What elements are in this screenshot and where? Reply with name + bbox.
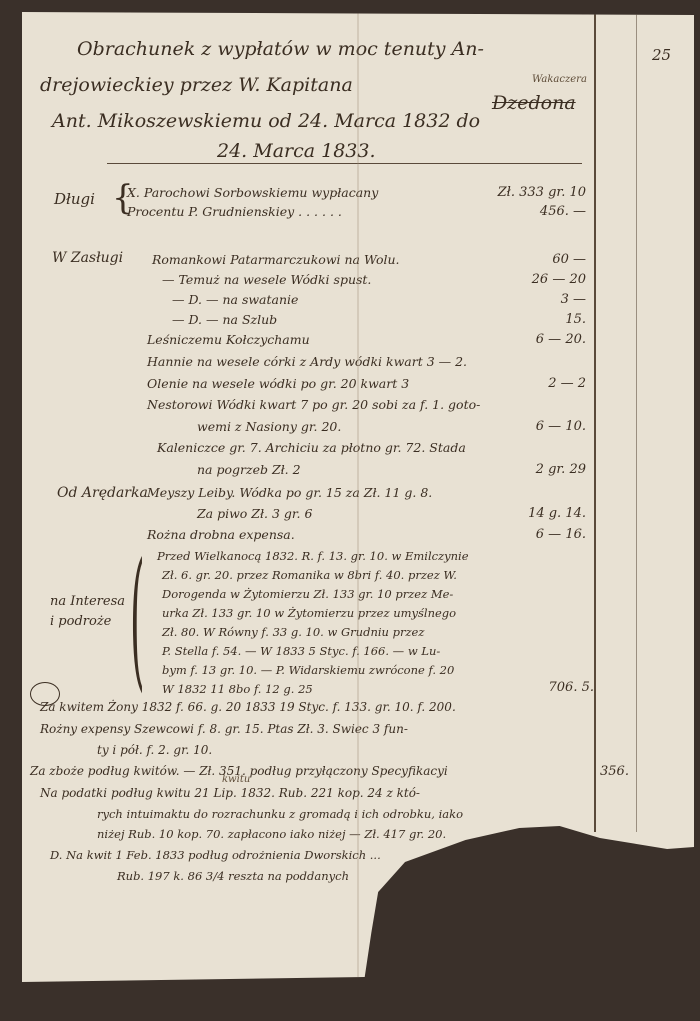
ledger-entry: Za kwitem Żony 1832 f. 66. g. 20 1833 19… xyxy=(40,700,456,714)
manuscript-page: 25 Obrachunek z wypłatów w moc tenuty An… xyxy=(22,12,694,1012)
ledger-amount-right-column: 356. xyxy=(600,764,629,779)
ledger-entry: Rożny expensy Szewcowi f. 8. gr. 15. Pta… xyxy=(40,722,408,736)
ledger-line: Dorogenda w Żytomierzu Zł. 133 gr. 10 pr… xyxy=(162,587,453,601)
section-label-dlugi: Długi xyxy=(54,190,95,208)
ledger-entry: D. Na kwit 1 Feb. 1833 podług odrożnieni… xyxy=(50,848,381,862)
ledger-entry: niżej Rub. 10 kop. 70. zapłacono iako ni… xyxy=(97,827,446,841)
ledger-amount: 2 — 2 xyxy=(548,376,586,391)
ledger-entry: X. Parochowi Sorbowskiemu wypłacany xyxy=(127,185,378,200)
page-number: 25 xyxy=(652,46,671,64)
ledger-line: bym f. 13 gr. 10. — P. Widarskiemu zwróc… xyxy=(162,663,454,677)
title-line-1: Obrachunek z wypłatów w moc tenuty An- xyxy=(77,38,484,60)
ledger-entry: Kaleniczce gr. 7. Archiciu za płotno gr.… xyxy=(157,440,466,455)
amount-column-rule xyxy=(594,12,596,832)
right-column-rule xyxy=(636,12,637,832)
title-line-3: Ant. Mikoszewskiemu od 24. Marca 1832 do xyxy=(52,110,480,132)
section-label-interesa-text: na Interesa i podroże xyxy=(50,594,125,629)
ledger-amount: 456. — xyxy=(540,204,586,219)
ledger-entry: Rożna drobna expensa. xyxy=(147,527,295,542)
ledger-amount: 6 — 20. xyxy=(536,332,586,347)
ledger-entry: Procentu P. Grudnienskiey . . . . . . xyxy=(127,204,342,219)
ledger-amount: 60 — xyxy=(552,252,586,267)
ledger-amount: Zł. 333 gr. 10 xyxy=(498,185,586,200)
ledger-entry: — D. — na swatanie xyxy=(172,292,298,307)
ledger-entry: — D. — na Szlub xyxy=(172,312,277,327)
ledger-amount: 26 — 20 xyxy=(532,272,586,287)
title-underline xyxy=(107,163,582,164)
inline-correction-inserted: kwitu xyxy=(222,774,250,785)
title-correction-struck: Dzedona xyxy=(492,92,576,114)
ledger-entry: Na podatki podług kwitu 21 Lip. 1832. Ru… xyxy=(40,786,420,800)
title-line-2: drejowieckiey przez W. Kapitana xyxy=(40,74,353,96)
ledger-entry: — Temuż na wesele Wódki spust. xyxy=(162,272,371,287)
ledger-entry: Leśniczemu Kołczychamu xyxy=(147,332,310,347)
ledger-line: P. Stella f. 54. — W 1833 5 Styc. f. 166… xyxy=(162,644,440,658)
ledger-entry: na pogrzeb Zł. 2 xyxy=(197,462,301,477)
ledger-amount: 2 gr. 29 xyxy=(536,462,586,477)
ledger-line: Zł. 80. W Równy f. 33 g. 10. w Grudniu p… xyxy=(162,625,424,639)
ledger-entry: rych intuimaktu do rozrachunku z gromadą… xyxy=(97,807,463,821)
title-correction-inserted: Wakaczera xyxy=(532,74,587,85)
ledger-amount: 6 — 16. xyxy=(536,527,586,542)
ledger-entry: Olenie na wesele wódki po gr. 20 kwart 3 xyxy=(147,376,409,391)
ledger-entry: Meyszy Leiby. Wódka po gr. 15 za Zł. 11 … xyxy=(147,485,432,500)
ledger-amount: 15. xyxy=(565,312,586,327)
title-line-4: 24. Marca 1833. xyxy=(217,140,376,162)
ledger-entry: ty i pół. f. 2. gr. 10. xyxy=(97,743,212,757)
ledger-amount: 3 — xyxy=(561,292,586,307)
ledger-entry: Nestorowi Wódki kwart 7 po gr. 20 sobi z… xyxy=(147,397,480,412)
ledger-entry: Romankowi Patarmarczukowi na Wolu. xyxy=(152,252,400,267)
section-label-interesa: na Interesa i podroże xyxy=(50,592,130,632)
ledger-line: W 1832 11 8bo f. 12 g. 25 xyxy=(162,682,313,696)
brace-interesa: ( xyxy=(130,532,145,706)
ledger-line: Przed Wielkanocą 1832. R. f. 13. gr. 10.… xyxy=(157,549,469,563)
ledger-entry: Hannie na wesele córki z Ardy wódki kwar… xyxy=(147,354,467,369)
ledger-line: Zł. 6. gr. 20. przez Romanika w 8bri f. … xyxy=(162,568,457,582)
ledger-entry: wemi z Nasiony gr. 20. xyxy=(197,419,341,434)
ledger-amount: 706. 5. xyxy=(549,680,594,695)
ledger-entry: Za piwo Zł. 3 gr. 6 xyxy=(197,506,312,521)
ledger-line: urka Zł. 133 gr. 10 w Żytomierzu przez u… xyxy=(162,606,456,620)
section-label-zaslugi: W Zasługi xyxy=(52,250,123,266)
section-label-aredarka: Od Arędarka xyxy=(57,485,148,501)
ledger-entry: Rub. 197 k. 86 3/4 reszta na poddanych xyxy=(117,869,349,883)
ledger-amount: 6 — 10. xyxy=(536,419,586,434)
ledger-amount: 14 g. 14. xyxy=(528,506,586,521)
